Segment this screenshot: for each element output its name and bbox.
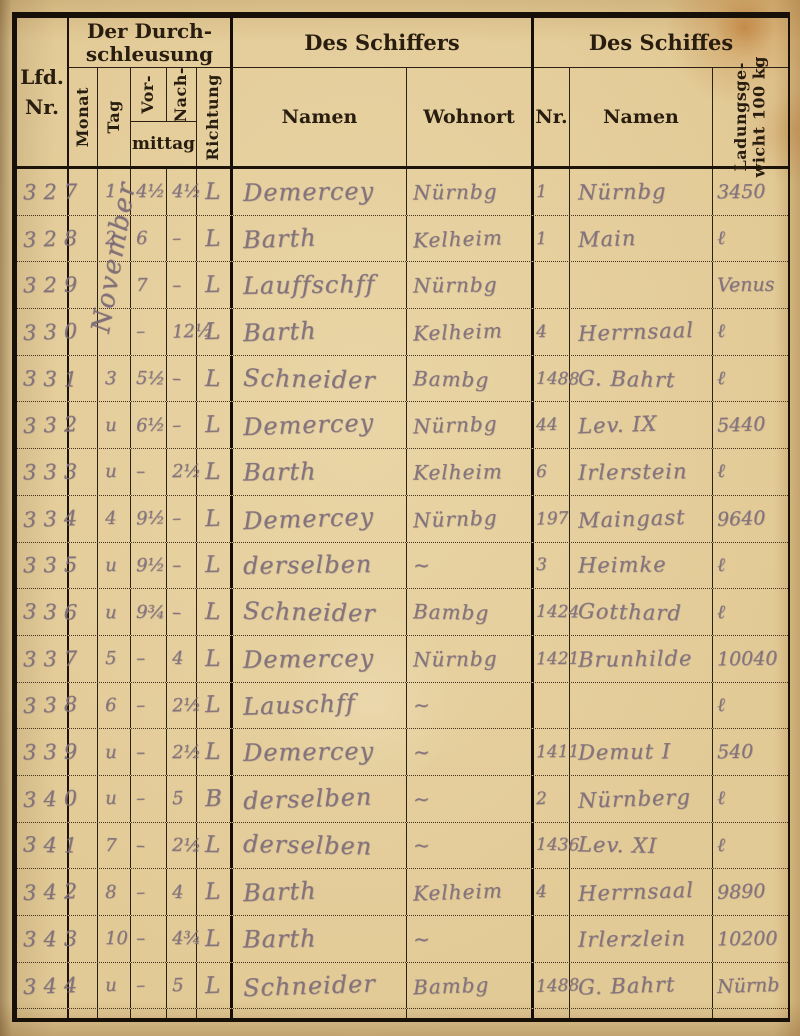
table-row: 344u–5LSchneiderBambg1488G. BahrtNürnb bbox=[17, 963, 788, 1010]
cell-ri: L bbox=[196, 262, 230, 308]
handwritten-entry: ℓ bbox=[713, 554, 725, 577]
cell-ri: L bbox=[196, 496, 230, 542]
handwritten-entry: Kelheim bbox=[407, 318, 503, 345]
handwritten-entry: u bbox=[98, 975, 117, 997]
cell-tag: 6 bbox=[97, 683, 130, 729]
handwritten-entry: Bambg bbox=[407, 599, 490, 625]
cell-name: Schneider bbox=[230, 963, 406, 1009]
cell-ri: L bbox=[196, 356, 230, 402]
handwritten-entry: ℓ bbox=[713, 367, 725, 390]
handwritten-entry: ℓ bbox=[713, 694, 726, 717]
cell-lad: 540 bbox=[712, 729, 788, 775]
handwritten-entry: Schneider bbox=[233, 597, 376, 628]
handwritten-entry: derselben bbox=[233, 782, 373, 815]
handwritten-entry: Lev. IX bbox=[570, 412, 658, 439]
handwritten-entry: ~ bbox=[407, 740, 431, 764]
handwritten-entry: L bbox=[197, 225, 221, 252]
handwritten-entry: L bbox=[197, 412, 221, 439]
cell-ri: L bbox=[196, 169, 230, 215]
cell-ort: ~ bbox=[406, 683, 531, 729]
cell-name: Lauschff bbox=[230, 683, 406, 729]
cell-ort: Kelheim bbox=[406, 449, 531, 495]
handwritten-entry: L bbox=[197, 646, 221, 672]
handwritten-entry: L bbox=[197, 739, 221, 765]
section-header-durchschleusung: Der Durch- schleusung bbox=[67, 18, 230, 68]
handwritten-entry: Nürnb bbox=[713, 973, 780, 997]
cell-sname: G. Bahrt bbox=[569, 356, 712, 402]
table-row: 336u9¾–LSchneiderBambg1424Gotthardℓ bbox=[17, 589, 788, 636]
cell-tag: 5 bbox=[97, 636, 130, 682]
cell-sname: Nürnberg bbox=[569, 776, 712, 822]
cell-tag bbox=[97, 1009, 130, 1018]
handwritten-entry: Nürnbg bbox=[407, 505, 498, 532]
handwritten-entry: ~ bbox=[407, 927, 431, 951]
handwritten-entry: Nürnbg bbox=[570, 179, 667, 204]
cell-ri: B bbox=[196, 776, 230, 822]
handwritten-entry: Demercey bbox=[233, 502, 375, 535]
handwritten-entry: ℓ bbox=[713, 227, 726, 250]
cell-name: Schneider bbox=[230, 356, 406, 402]
cell-name: derselben bbox=[230, 776, 406, 822]
cell-nr: 334 bbox=[17, 496, 67, 542]
cell-nach: 4 bbox=[166, 636, 196, 682]
handwritten-entry: 339 bbox=[17, 740, 84, 765]
handwritten-entry: Nürnberg bbox=[570, 785, 692, 813]
cell-name: Schneider bbox=[230, 589, 406, 635]
cell-mon bbox=[67, 1009, 97, 1018]
handwritten-entry: 336 bbox=[17, 599, 85, 624]
cell-lad: ℓ bbox=[712, 449, 788, 495]
cell-nach: 5 bbox=[166, 776, 196, 822]
cell-sname bbox=[569, 1009, 712, 1018]
handwritten-entry: Herrnsaal bbox=[570, 318, 695, 346]
cell-ort: ~ bbox=[406, 729, 531, 775]
handwritten-entry: 6 bbox=[534, 462, 547, 482]
handwritten-entry: ℓ bbox=[713, 460, 725, 483]
handwritten-entry: 9½ bbox=[131, 555, 165, 576]
cell-nach: – bbox=[166, 356, 196, 402]
cell-vor: 9½ bbox=[130, 496, 166, 542]
table-row: 340u–5Bderselben~2Nürnbergℓ bbox=[17, 776, 788, 823]
handwritten-entry: 7 bbox=[131, 275, 148, 296]
handwritten-entry: ~ bbox=[407, 693, 432, 718]
cell-name: Demercey bbox=[230, 402, 406, 448]
handwritten-entry: – bbox=[167, 228, 182, 249]
cell-nr: 344 bbox=[17, 963, 67, 1009]
cell-name: Demercey bbox=[230, 636, 406, 682]
handwritten-entry: 342 bbox=[17, 879, 85, 905]
cell-lad: ℓ bbox=[712, 683, 788, 729]
handwritten-entry: 3 bbox=[98, 368, 117, 389]
table-row: 332u6½–LDemerceyNürnbg44Lev. IX5440 bbox=[17, 402, 788, 449]
cell-ort: Nürnbg bbox=[406, 636, 531, 682]
handwritten-entry: Lauffschff bbox=[233, 270, 376, 300]
cell-nr: 340 bbox=[17, 776, 67, 822]
cell-ort: Kelheim bbox=[406, 869, 531, 915]
cell-nach: – bbox=[166, 216, 196, 262]
handwritten-entry: 330 bbox=[17, 319, 85, 345]
handwritten-entry: 2 bbox=[534, 789, 548, 809]
cell-name: Barth bbox=[230, 869, 406, 915]
handwritten-entry: 9640 bbox=[713, 507, 766, 531]
cell-sname: Demut I bbox=[569, 729, 712, 775]
cell-lad: Venus bbox=[712, 262, 788, 308]
handwritten-entry: 4 bbox=[167, 648, 184, 669]
cell-sname: Herrnsaal bbox=[569, 869, 712, 915]
cell-ort: Kelheim bbox=[406, 309, 531, 355]
handwritten-entry: Nürnbg bbox=[407, 273, 498, 298]
table-row: 33135½–LSchneiderBambg1488G. Bahrtℓ bbox=[17, 356, 788, 403]
handwritten-entry: 338 bbox=[17, 692, 85, 718]
cell-nr: 332 bbox=[17, 402, 67, 448]
handwritten-entry: Schneider bbox=[233, 363, 376, 394]
handwritten-entry: 341 bbox=[17, 833, 85, 858]
handwritten-entry: ℓ bbox=[713, 320, 726, 343]
table-row: 333u–2½LBarthKelheim6Irlersteinℓ bbox=[17, 449, 788, 496]
cell-nach: – bbox=[166, 402, 196, 448]
handwritten-entry: Schneider bbox=[233, 969, 377, 1002]
cell-lad: ℓ bbox=[712, 823, 788, 869]
cell-name: Demercey bbox=[230, 496, 406, 542]
cell-ort: ~ bbox=[406, 776, 531, 822]
handwritten-entry: 331 bbox=[17, 366, 85, 391]
handwritten-entry: 5½ bbox=[131, 368, 165, 390]
handwritten-entry: 4 bbox=[167, 881, 184, 903]
handwritten-entry: 10 bbox=[98, 928, 128, 949]
handwritten-entry: Venus bbox=[713, 274, 775, 297]
handwritten-entry: L bbox=[197, 926, 221, 952]
cell-vor: – bbox=[130, 776, 166, 822]
handwritten-entry: Kelheim bbox=[407, 459, 503, 484]
handwritten-entry: 9¾ bbox=[131, 601, 165, 623]
handwritten-entry: – bbox=[131, 741, 145, 762]
cell-nr: 330 bbox=[17, 309, 67, 355]
handwritten-entry: L bbox=[197, 365, 221, 391]
cell-ri: L bbox=[196, 729, 230, 775]
column-header-mittag: mittag bbox=[130, 121, 196, 166]
lock-register-table: Lfd. Nr. Der Durch- schleusung Monat Tag… bbox=[12, 12, 790, 1022]
cell-vor: – bbox=[130, 683, 166, 729]
cell-tag: 10 bbox=[97, 916, 130, 962]
handwritten-entry: 5 bbox=[167, 975, 184, 997]
cell-name: Barth bbox=[230, 216, 406, 262]
cell-ort: Nürnbg bbox=[406, 496, 531, 542]
cell-snr: 197 bbox=[531, 496, 569, 542]
column-header-nachmittag: Nach- bbox=[166, 68, 196, 121]
handwritten-entry: – bbox=[167, 275, 181, 296]
cell-nr: 337 bbox=[17, 636, 67, 682]
section-header-schiffers: Des Schiffers bbox=[230, 18, 531, 68]
handwritten-entry: 9890 bbox=[713, 880, 766, 904]
cell-tag: 8 bbox=[97, 869, 130, 915]
cell-ort: Bambg bbox=[406, 589, 531, 635]
cell-nach: 5 bbox=[166, 963, 196, 1009]
cell-nr: 336 bbox=[17, 589, 67, 635]
handwritten-entry: 328 bbox=[17, 225, 85, 251]
cell-nach: 2½ bbox=[166, 823, 196, 869]
handwritten-entry: L bbox=[197, 179, 221, 205]
handwritten-entry: Nürnbg bbox=[407, 412, 498, 439]
cell-lad: 5440 bbox=[712, 402, 788, 448]
handwritten-entry: 44 bbox=[534, 415, 558, 436]
cell-nach: – bbox=[166, 496, 196, 542]
cell-nach bbox=[166, 1009, 196, 1018]
column-header-tag: Tag bbox=[97, 68, 130, 166]
handwritten-entry: Maingast bbox=[570, 505, 686, 533]
cell-tag: 4 bbox=[97, 496, 130, 542]
handwritten-entry: Irlerzlein bbox=[570, 926, 686, 952]
handwritten-entry: ℓ bbox=[713, 834, 725, 857]
cell-nr: 328 bbox=[17, 216, 67, 262]
cell-lad: ℓ bbox=[712, 356, 788, 402]
cell-name: derselben bbox=[230, 823, 406, 869]
column-header-schiff-namen: Namen bbox=[569, 68, 712, 166]
cell-name bbox=[230, 1009, 406, 1018]
cell-nach: 2½ bbox=[166, 729, 196, 775]
handwritten-entry: 10200 bbox=[713, 927, 778, 950]
handwritten-entry: 332 bbox=[17, 412, 85, 438]
handwritten-entry: L bbox=[197, 692, 221, 719]
cell-name: Barth bbox=[230, 916, 406, 962]
cell-name: Demercey bbox=[230, 169, 406, 215]
cell-nr: 335 bbox=[17, 543, 67, 589]
cell-nr: 341 bbox=[17, 823, 67, 869]
handwritten-entry: 9½ bbox=[131, 508, 166, 530]
table-row: 330–12½LBarthKelheim4Herrnsaalℓ bbox=[17, 309, 788, 356]
cell-nach: – bbox=[166, 262, 196, 308]
cell-nr bbox=[17, 1009, 67, 1018]
cell-vor: – bbox=[130, 869, 166, 915]
cell-nach: 2½ bbox=[166, 449, 196, 495]
handwritten-entry: L bbox=[197, 505, 221, 532]
cell-ri: L bbox=[196, 869, 230, 915]
cell-snr: 1 bbox=[531, 216, 569, 262]
cell-lad: ℓ bbox=[712, 543, 788, 589]
cell-name: Lauffschff bbox=[230, 262, 406, 308]
cell-tag: u bbox=[97, 963, 130, 1009]
cell-ri: L bbox=[196, 683, 230, 729]
handwritten-entry: Main bbox=[570, 225, 637, 251]
column-header-richtung: Richtung bbox=[196, 68, 230, 166]
cell-vor: – bbox=[130, 823, 166, 869]
cell-vor: 9¾ bbox=[130, 589, 166, 635]
cell-ort: Bambg bbox=[406, 356, 531, 402]
column-header-schiffer-namen: Namen bbox=[230, 68, 406, 166]
handwritten-entry: Demut I bbox=[570, 739, 671, 764]
cell-ri: L bbox=[196, 309, 230, 355]
handwritten-entry: – bbox=[131, 695, 146, 716]
table-row: 3297–LLauffschffNürnbgVenus bbox=[17, 262, 788, 309]
handwritten-entry: L bbox=[197, 599, 221, 625]
handwritten-entry: 8 bbox=[98, 881, 117, 903]
cell-vor: – bbox=[130, 729, 166, 775]
handwritten-entry: L bbox=[197, 832, 221, 858]
handwritten-entry: Barth bbox=[233, 924, 317, 953]
cell-vor: 7 bbox=[130, 262, 166, 308]
cell-vor: 5½ bbox=[130, 356, 166, 402]
cell-ri bbox=[196, 1009, 230, 1018]
column-header-lfd-nr: Lfd. Nr. bbox=[17, 18, 67, 166]
handwritten-entry: Demercey bbox=[233, 737, 374, 767]
handwritten-entry: – bbox=[167, 508, 182, 529]
handwritten-entry: Lev. XI bbox=[570, 833, 658, 859]
handwritten-entry: 337 bbox=[17, 646, 84, 671]
column-header-monat: Monat bbox=[67, 68, 97, 166]
handwritten-entry: Barth bbox=[233, 457, 317, 486]
handwritten-entry: Nürnbg bbox=[407, 646, 498, 671]
handwritten-entry: L bbox=[197, 319, 221, 346]
handwritten-entry: Kelheim bbox=[407, 878, 503, 905]
cell-sname: Gotthard bbox=[569, 589, 712, 635]
cell-vor: 6½ bbox=[130, 402, 166, 448]
handwritten-entry: – bbox=[131, 835, 145, 856]
cell-ri: L bbox=[196, 636, 230, 682]
cell-tag: u bbox=[97, 729, 130, 775]
handwritten-entry: Barth bbox=[233, 877, 317, 908]
handwritten-entry: Gotthard bbox=[570, 599, 682, 625]
handwritten-entry: Demercey bbox=[233, 409, 375, 442]
handwritten-entry: 4 bbox=[534, 882, 548, 902]
handwritten-entry: 540 bbox=[713, 741, 754, 764]
cell-lad: ℓ bbox=[712, 309, 788, 355]
table-row: 3375–4LDemerceyNürnbg1421Brunhilde10040 bbox=[17, 636, 788, 683]
cell-lad: 10040 bbox=[712, 636, 788, 682]
cell-ri: L bbox=[196, 402, 230, 448]
handwritten-entry: 197 bbox=[534, 508, 569, 529]
handwritten-entry: u bbox=[98, 601, 117, 622]
handwritten-entry: G. Bahrt bbox=[570, 365, 676, 391]
cell-nr: 343 bbox=[17, 916, 67, 962]
handwritten-entry: Barth bbox=[233, 223, 317, 254]
cell-ort: Nürnbg bbox=[406, 402, 531, 448]
table-row: 3417–2½Lderselben~1436Lev. XIℓ bbox=[17, 823, 788, 870]
cell-snr: 44 bbox=[531, 402, 569, 448]
lfd-line1: Lfd. bbox=[20, 62, 64, 92]
cell-sname: Irlerzlein bbox=[569, 916, 712, 962]
cell-sname: G. Bahrt bbox=[569, 963, 712, 1009]
cell-snr bbox=[531, 683, 569, 729]
cell-lad: 10200 bbox=[712, 916, 788, 962]
cell-ort: ~ bbox=[406, 916, 531, 962]
cell-ort bbox=[406, 1009, 531, 1018]
cell-tag: 3 bbox=[97, 356, 130, 402]
cell-nach: – bbox=[166, 589, 196, 635]
handwritten-entry: 335 bbox=[17, 553, 84, 578]
cell-snr: 4 bbox=[531, 869, 569, 915]
handwritten-entry: derselben bbox=[233, 550, 373, 580]
handwritten-entry: ℓ bbox=[713, 600, 725, 623]
handwritten-entry: – bbox=[131, 881, 146, 902]
cell-nach: 4¾ bbox=[166, 916, 196, 962]
cell-snr: 6 bbox=[531, 449, 569, 495]
cell-snr: 1436 bbox=[531, 823, 569, 869]
cell-ri: L bbox=[196, 589, 230, 635]
handwritten-entry: ℓ bbox=[713, 787, 726, 810]
handwritten-entry: – bbox=[131, 461, 145, 482]
table-body: 32714½4½LDemerceyNürnbg1Nürnbg345032826–… bbox=[17, 169, 788, 1018]
handwritten-entry: – bbox=[131, 788, 146, 809]
cell-name: Demercey bbox=[230, 729, 406, 775]
cell-lad: 9890 bbox=[712, 869, 788, 915]
table-row: 33449½–LDemerceyNürnbg197Maingast9640 bbox=[17, 496, 788, 543]
handwritten-entry: Barth bbox=[233, 316, 317, 347]
cell-snr: 1424 bbox=[531, 589, 569, 635]
handwritten-entry: – bbox=[131, 648, 145, 669]
handwritten-entry: 4 bbox=[98, 508, 117, 530]
cell-tag: 7 bbox=[97, 823, 130, 869]
handwritten-entry: 5440 bbox=[713, 413, 766, 437]
handwritten-entry: derselben bbox=[233, 830, 373, 861]
cell-sname: Heimke bbox=[569, 543, 712, 589]
cell-nach: 4 bbox=[166, 869, 196, 915]
cell-ri: L bbox=[196, 916, 230, 962]
cell-sname bbox=[569, 683, 712, 729]
cell-nr: 327 bbox=[17, 169, 67, 215]
cell-ort: Bambg bbox=[406, 963, 531, 1009]
handwritten-entry: Heimke bbox=[570, 553, 667, 578]
cell-snr: 1421 bbox=[531, 636, 569, 682]
cell-lad bbox=[712, 1009, 788, 1018]
cell-sname bbox=[569, 262, 712, 308]
cell-vor: – bbox=[130, 309, 166, 355]
cell-ort: ~ bbox=[406, 543, 531, 589]
cell-nr: 339 bbox=[17, 729, 67, 775]
cell-ri: L bbox=[196, 216, 230, 262]
handwritten-entry: 4 bbox=[534, 322, 548, 342]
handwritten-entry: – bbox=[167, 415, 182, 436]
handwritten-entry: 340 bbox=[17, 786, 85, 812]
lfd-line2: Nr. bbox=[25, 92, 59, 122]
cell-sname: Main bbox=[569, 216, 712, 262]
cell-ri: L bbox=[196, 823, 230, 869]
table-row: 335u9½–Lderselben~3Heimkeℓ bbox=[17, 543, 788, 590]
cell-nach: 12½ bbox=[166, 309, 196, 355]
cell-snr bbox=[531, 262, 569, 308]
handwritten-entry: 5 bbox=[167, 788, 184, 810]
handwritten-entry: u bbox=[98, 414, 117, 436]
handwritten-entry: 10040 bbox=[713, 647, 778, 670]
handwritten-entry: – bbox=[131, 975, 146, 996]
cell-snr: 1488 bbox=[531, 963, 569, 1009]
handwritten-entry: u bbox=[98, 555, 117, 576]
cell-ort: ~ bbox=[406, 823, 531, 869]
cell-sname: Irlerstein bbox=[569, 449, 712, 495]
cell-name: Barth bbox=[230, 449, 406, 495]
handwritten-entry: 6½ bbox=[131, 414, 166, 436]
handwritten-entry: 344 bbox=[17, 972, 85, 998]
register-page-scan: Lfd. Nr. Der Durch- schleusung Monat Tag… bbox=[0, 0, 800, 1036]
cell-nr: 333 bbox=[17, 449, 67, 495]
cell-snr: 2 bbox=[531, 776, 569, 822]
cell-nr: 329 bbox=[17, 262, 67, 308]
handwritten-entry: 343 bbox=[17, 926, 84, 951]
cell-snr: 1 bbox=[531, 169, 569, 215]
cell-sname: Herrnsaal bbox=[569, 309, 712, 355]
table-row: 34310–4¾LBarth~Irlerzlein10200 bbox=[17, 916, 788, 963]
cell-ort: Nürnbg bbox=[406, 169, 531, 215]
handwritten-entry: L bbox=[197, 272, 221, 298]
cell-snr: 4 bbox=[531, 309, 569, 355]
cell-ort: Nürnbg bbox=[406, 262, 531, 308]
cell-vor: – bbox=[130, 636, 166, 682]
cell-name: Barth bbox=[230, 309, 406, 355]
cell-tag: u bbox=[97, 589, 130, 635]
cell-lad: ℓ bbox=[712, 776, 788, 822]
cell-snr bbox=[531, 916, 569, 962]
handwritten-entry: 3450 bbox=[713, 180, 766, 203]
cell-tag: u bbox=[97, 543, 130, 589]
handwritten-entry: 334 bbox=[17, 505, 85, 531]
